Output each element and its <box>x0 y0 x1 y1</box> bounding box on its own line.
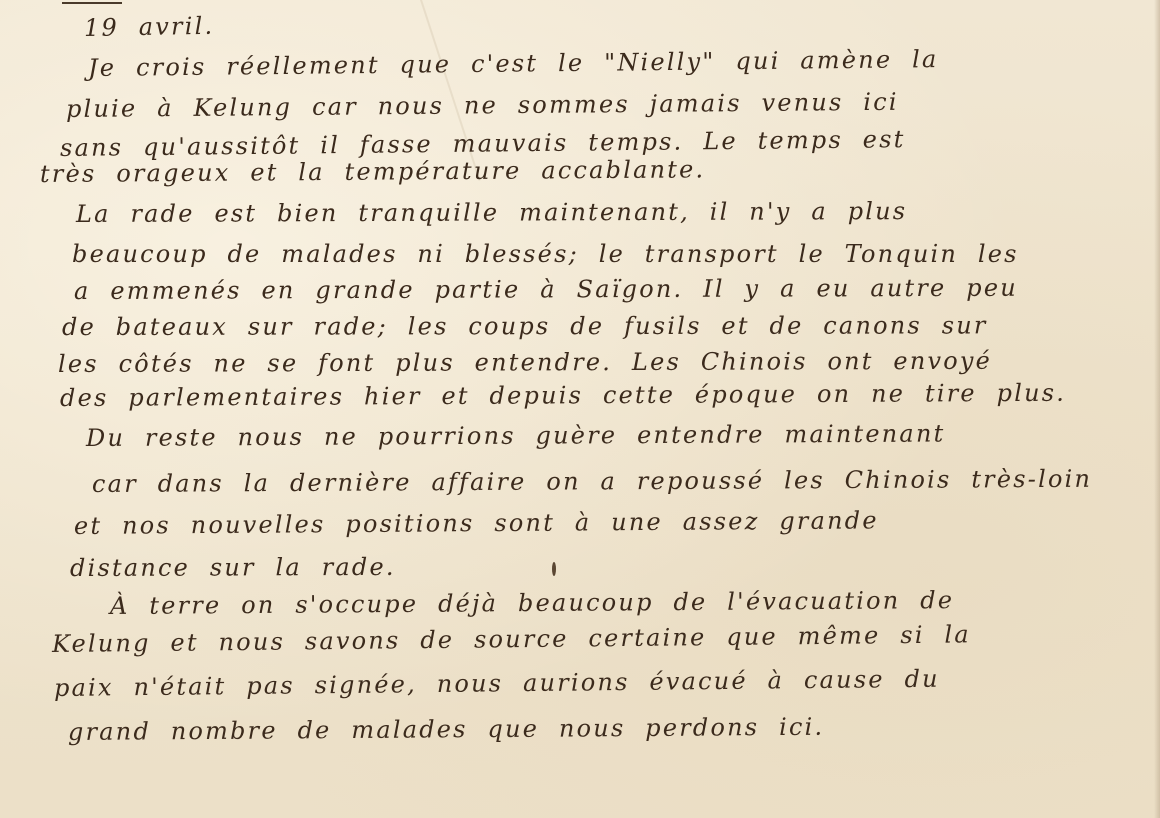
letter-line: de bateaux sur rade; les coups de fusils… <box>62 311 988 341</box>
ink-blot <box>552 562 556 576</box>
letter-line: pluie à Kelung car nous ne sommes jamais… <box>66 88 899 123</box>
top-ink-mark <box>62 0 122 4</box>
letter-line: a emmenés en grande partie à Saïgon. Il … <box>74 274 1018 305</box>
letter-line: paix n'était pas signée, nous aurions év… <box>54 665 940 702</box>
letter-line: des parlementaires hier et depuis cette … <box>60 379 1066 412</box>
letter-date: 19 avril. <box>84 12 215 42</box>
letter-line: distance sur la rade. <box>70 553 396 582</box>
letter-line: beaucoup de malades ni blessés; le trans… <box>72 240 1019 268</box>
letter-line: les côtés ne se font plus entendre. Les … <box>58 347 992 378</box>
letter-line: car dans la dernière affaire on a repous… <box>92 465 1092 498</box>
letter-line: À terre on s'occupe déjà beaucoup de l'é… <box>110 586 954 620</box>
letter-line: grand nombre de malades que nous perdons… <box>68 713 825 746</box>
letter-line: Du reste nous ne pourrions guère entendr… <box>86 420 946 452</box>
letter-line: très orageux et la température accablant… <box>40 155 706 188</box>
letter-page: 19 avril. Je crois réellement que c'est … <box>0 0 1160 818</box>
letter-line: Je crois réellement que c'est le "Nielly… <box>88 45 939 82</box>
letter-line: Kelung et nous savons de source certaine… <box>52 620 971 658</box>
letter-line: et nos nouvelles positions sont à une as… <box>74 506 879 540</box>
letter-line: La rade est bien tranquille maintenant, … <box>76 197 907 228</box>
